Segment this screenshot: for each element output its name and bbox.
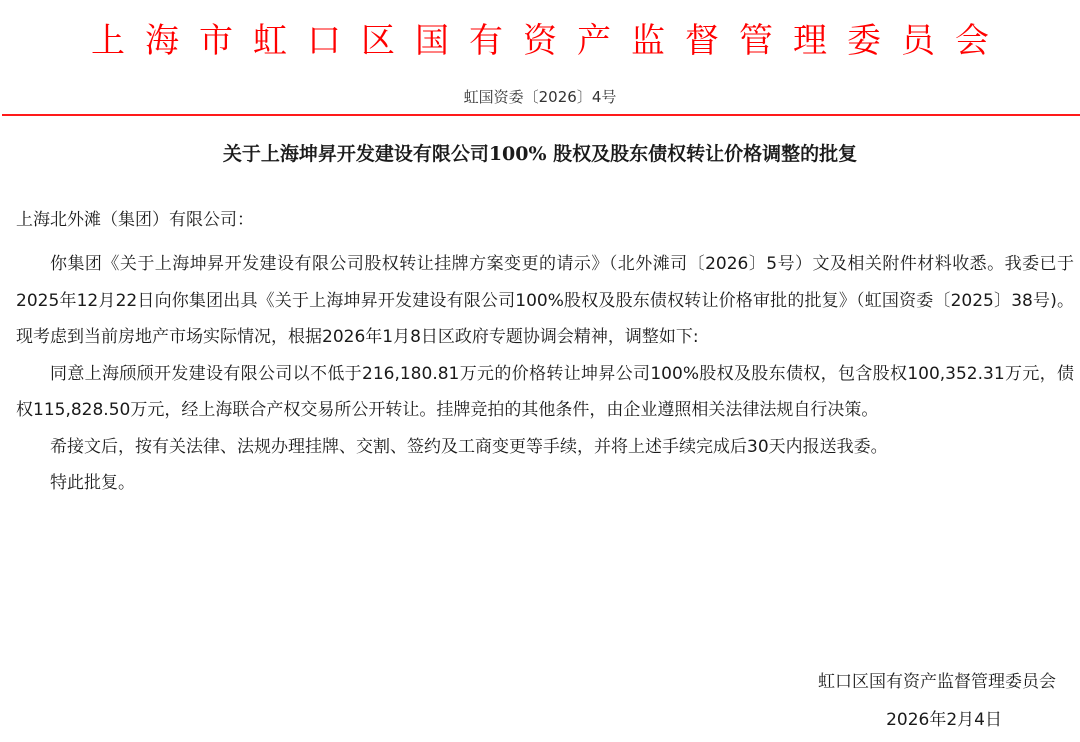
body-paragraph-instructions: 希接文后，按有关法律、法规办理挂牌、交割、签约及工商变更等手续，并将上述手续完成… xyxy=(16,429,1074,466)
letterhead-red-divider xyxy=(2,114,1080,116)
document-body: 你集团《关于上海坤昇开发建设有限公司股权转让挂牌方案变更的请示》（北外滩司〔20… xyxy=(16,246,1074,502)
body-paragraph-request-context: 你集团《关于上海坤昇开发建设有限公司股权转让挂牌方案变更的请示》（北外滩司〔20… xyxy=(16,246,1074,356)
signature-organization: 虹口区国有资产监督管理委员会 xyxy=(818,668,1056,696)
document-subject-title: 关于上海坤昇开发建设有限公司100% 股权及股东债权转让价格调整的批复 xyxy=(0,140,1080,168)
body-paragraph-closing: 特此批复。 xyxy=(16,465,1074,502)
addressee: 上海北外滩（集团）有限公司： xyxy=(16,206,254,234)
issuer-letterhead-title: 上海市虹口区国有资产监督管理委员会 xyxy=(0,16,1080,66)
document-number: 虹国资委〔2026〕4号 xyxy=(0,86,1080,108)
body-paragraph-approval-terms: 同意上海颀颀开发建设有限公司以不低于216,180.81万元的价格转让坤昇公司1… xyxy=(16,356,1074,429)
signature-date: 2026年2月4日 xyxy=(886,706,1002,734)
